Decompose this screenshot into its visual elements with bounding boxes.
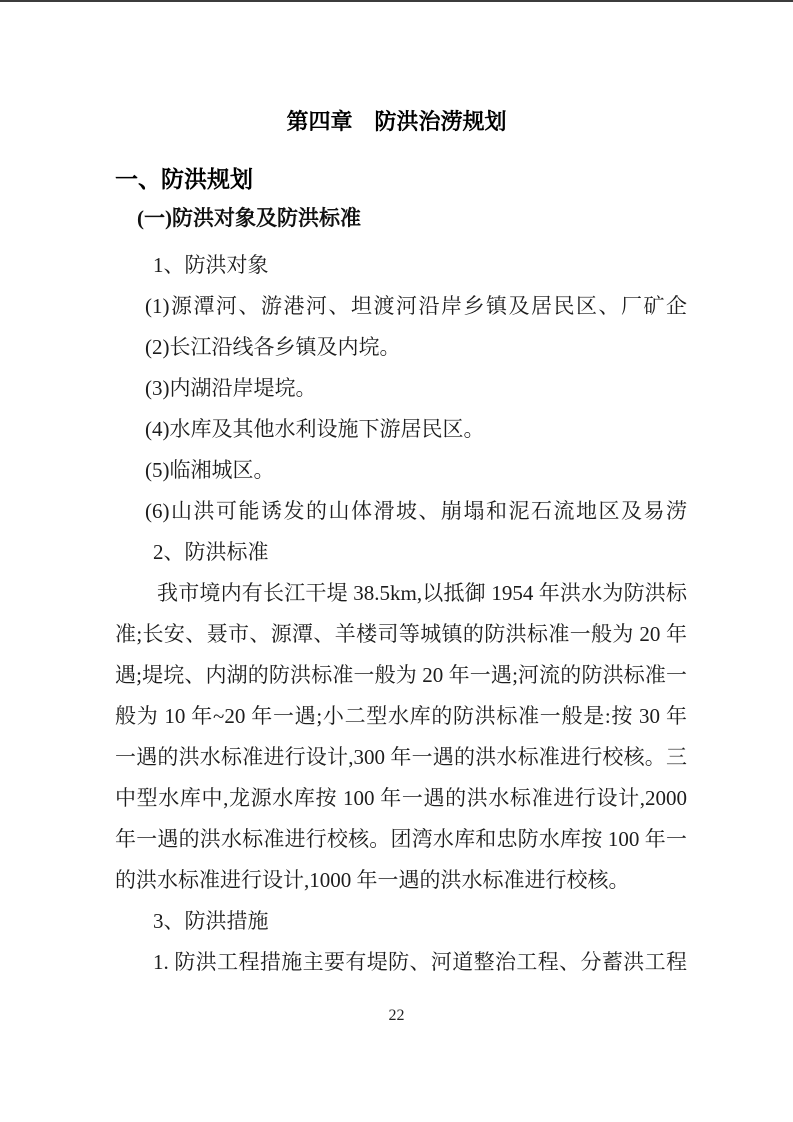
section-heading: 一、防洪规划 [115, 162, 253, 196]
list-item: (5)临湘城区。 [115, 450, 687, 491]
paragraph-line: 般为 10 年~20 年一遇;小二型水库的防洪标准一般是:按 30 年 [115, 696, 687, 737]
subheading-flood-objects: 1、防洪对象 [115, 245, 687, 286]
list-item: (6)山洪可能诱发的山体滑坡、崩塌和泥石流地区及易涝区。 [115, 491, 687, 532]
list-item: (3)内湖沿岸堤垸。 [115, 368, 687, 409]
paragraph-line: 遇;堤垸、内湖的防洪标准一般为 20 年一遇;河流的防洪标准一 [115, 655, 687, 696]
page-top-edge [0, 0, 793, 2]
paragraph-line-measures: 1. 防洪工程措施主要有堤防、河道整治工程、分蓄洪工程与 [115, 942, 687, 983]
paragraph-line: 年一遇的洪水标准进行校核。团湾水库和忠防水库按 100 年一遇 [115, 819, 687, 860]
paragraph-line: 中型水库中,龙源水库按 100 年一遇的洪水标准进行设计,2000 [115, 778, 687, 819]
paragraph-line: 一遇的洪水标准进行设计,300 年一遇的洪水标准进行校核。三座 [115, 737, 687, 778]
page-number: 22 [0, 1004, 793, 1028]
document-body: 1、防洪对象 (1)源潭河、游港河、坦渡河沿岸乡镇及居民区、厂矿企业。 (2)长… [115, 245, 687, 983]
list-item: (2)长江沿线各乡镇及内垸。 [115, 327, 687, 368]
paragraph-line: 准;长安、聂市、源潭、羊楼司等城镇的防洪标准一般为 20 年一 [115, 614, 687, 655]
list-item: (1)源潭河、游港河、坦渡河沿岸乡镇及居民区、厂矿企业。 [115, 286, 687, 327]
paragraph-line: 的洪水标准进行设计,1000 年一遇的洪水标准进行校核。 [115, 860, 687, 901]
list-item: (4)水库及其他水利设施下游居民区。 [115, 409, 687, 450]
subsection-heading: (一)防洪对象及防洪标准 [137, 200, 361, 236]
subheading-flood-measures: 3、防洪措施 [115, 901, 687, 942]
paragraph-line: 我市境内有长江干堤 38.5km,以抵御 1954 年洪水为防洪标 [115, 573, 687, 614]
chapter-title: 第四章 防洪治涝规划 [0, 104, 793, 140]
document-page: 第四章 防洪治涝规划 一、防洪规划 (一)防洪对象及防洪标准 1、防洪对象 (1… [0, 0, 793, 1122]
subheading-flood-standards: 2、防洪标准 [115, 532, 687, 573]
